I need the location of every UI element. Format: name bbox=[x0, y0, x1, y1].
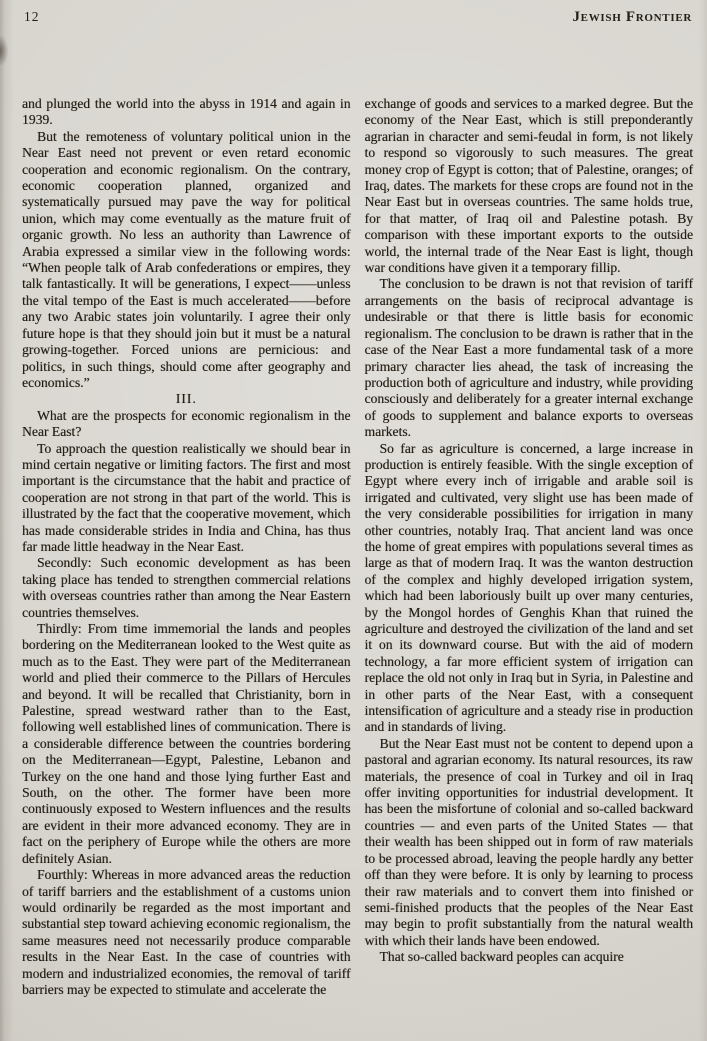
paragraph: That so-called backward peoples can acqu… bbox=[365, 949, 694, 965]
paragraph: Thirdly: From time immemorial the lands … bbox=[22, 621, 351, 867]
section-heading: III. bbox=[22, 391, 351, 407]
paragraph: The conclusion to be drawn is not that r… bbox=[365, 276, 694, 440]
left-column: and plunged the world into the abyss in … bbox=[22, 96, 351, 998]
paragraph: But the Near East must not be content to… bbox=[365, 736, 694, 949]
two-column-text: and plunged the world into the abyss in … bbox=[0, 96, 707, 998]
page-header: 12 Jewish Frontier bbox=[0, 0, 707, 26]
paragraph: What are the prospects for economic regi… bbox=[22, 408, 351, 441]
paragraph: But the remoteness of voluntary politica… bbox=[22, 129, 351, 392]
paragraph: Fourthly: Whereas in more advanced areas… bbox=[22, 867, 351, 998]
paragraph: and plunged the world into the abyss in … bbox=[22, 96, 351, 129]
publication-title: Jewish Frontier bbox=[572, 9, 692, 26]
page-number: 12 bbox=[24, 9, 40, 25]
paragraph: So far as agriculture is concerned, a la… bbox=[365, 441, 694, 736]
paragraph: Secondly: Such economic development as h… bbox=[22, 555, 351, 621]
magazine-page: 12 Jewish Frontier and plunged the world… bbox=[0, 0, 707, 1041]
paragraph: exchange of goods and services to a mark… bbox=[365, 96, 694, 276]
right-column: exchange of goods and services to a mark… bbox=[365, 96, 694, 998]
scan-smudge bbox=[0, 36, 8, 66]
paragraph: To approach the question realistically w… bbox=[22, 441, 351, 556]
